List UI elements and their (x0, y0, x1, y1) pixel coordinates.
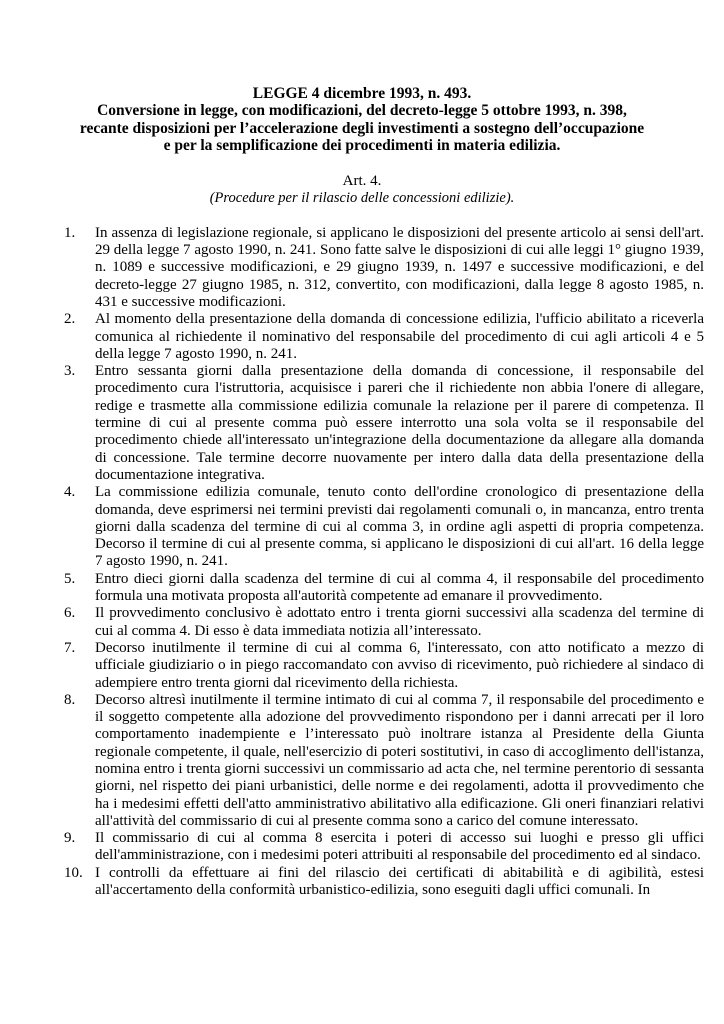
paragraph-list: 1. In assenza di legislazione regionale,… (95, 225, 704, 900)
paragraph-item-9: 9. Il commissario di cui al comma 8 eser… (95, 830, 704, 865)
title-line-2: Conversione in legge, con modificazioni,… (28, 102, 696, 119)
paragraph-item-10: 10. I controlli da effettuare ai fini de… (95, 865, 704, 900)
document-title: LEGGE 4 dicembre 1993, n. 493. Conversio… (28, 85, 696, 154)
paragraph-number: 7. (64, 640, 75, 657)
title-line-3: recante disposizioni per l’accelerazione… (28, 120, 696, 137)
paragraph-text: Al momento della presentazione della dom… (95, 311, 704, 362)
paragraph-item-2: 2. Al momento della presentazione della … (95, 311, 704, 363)
paragraph-text: Decorso inutilmente il termine di cui al… (95, 640, 704, 691)
article-heading: Art. 4. (0, 173, 724, 190)
document-page: LEGGE 4 dicembre 1993, n. 493. Conversio… (0, 0, 724, 1024)
paragraph-text: Il provvedimento conclusivo è adottato e… (95, 605, 704, 638)
paragraph-text: Entro sessanta giorni dalla presentazion… (95, 363, 704, 483)
paragraph-number: 9. (64, 830, 75, 847)
paragraph-number: 3. (64, 363, 75, 380)
paragraph-item-6: 6. Il provvedimento conclusivo è adottat… (95, 605, 704, 640)
paragraph-number: 4. (64, 484, 75, 501)
paragraph-item-4: 4. La commissione edilizia comunale, ten… (95, 484, 704, 570)
paragraph-number: 5. (64, 571, 75, 588)
paragraph-text: Il commissario di cui al comma 8 esercit… (95, 830, 704, 863)
paragraph-number: 10. (64, 865, 83, 882)
paragraph-number: 8. (64, 692, 75, 709)
paragraph-item-7: 7. Decorso inutilmente il termine di cui… (95, 640, 704, 692)
paragraph-text: Decorso altresì inutilmente il termine i… (95, 692, 704, 829)
article-head: Art. 4. (Procedure per il rilascio delle… (0, 173, 724, 208)
paragraph-number: 1. (64, 225, 75, 242)
title-line-4: e per la semplificazione dei procediment… (28, 137, 696, 154)
title-line-1: LEGGE 4 dicembre 1993, n. 493. (28, 85, 696, 102)
paragraph-item-8: 8. Decorso altresì inutilmente il termin… (95, 692, 704, 830)
paragraph-number: 6. (64, 605, 75, 622)
paragraph-number: 2. (64, 311, 75, 328)
article-subtitle: (Procedure per il rilascio delle concess… (0, 190, 724, 207)
paragraph-item-1: 1. In assenza di legislazione regionale,… (95, 225, 704, 311)
paragraph-text: In assenza di legislazione regionale, si… (95, 225, 704, 310)
paragraph-text: Entro dieci giorni dalla scadenza del te… (95, 571, 704, 604)
paragraph-text: I controlli da effettuare ai fini del ri… (95, 865, 704, 898)
paragraph-item-5: 5. Entro dieci giorni dalla scadenza del… (95, 571, 704, 606)
paragraph-text: La commissione edilizia comunale, tenuto… (95, 484, 704, 569)
paragraph-item-3: 3. Entro sessanta giorni dalla presentaz… (95, 363, 704, 484)
